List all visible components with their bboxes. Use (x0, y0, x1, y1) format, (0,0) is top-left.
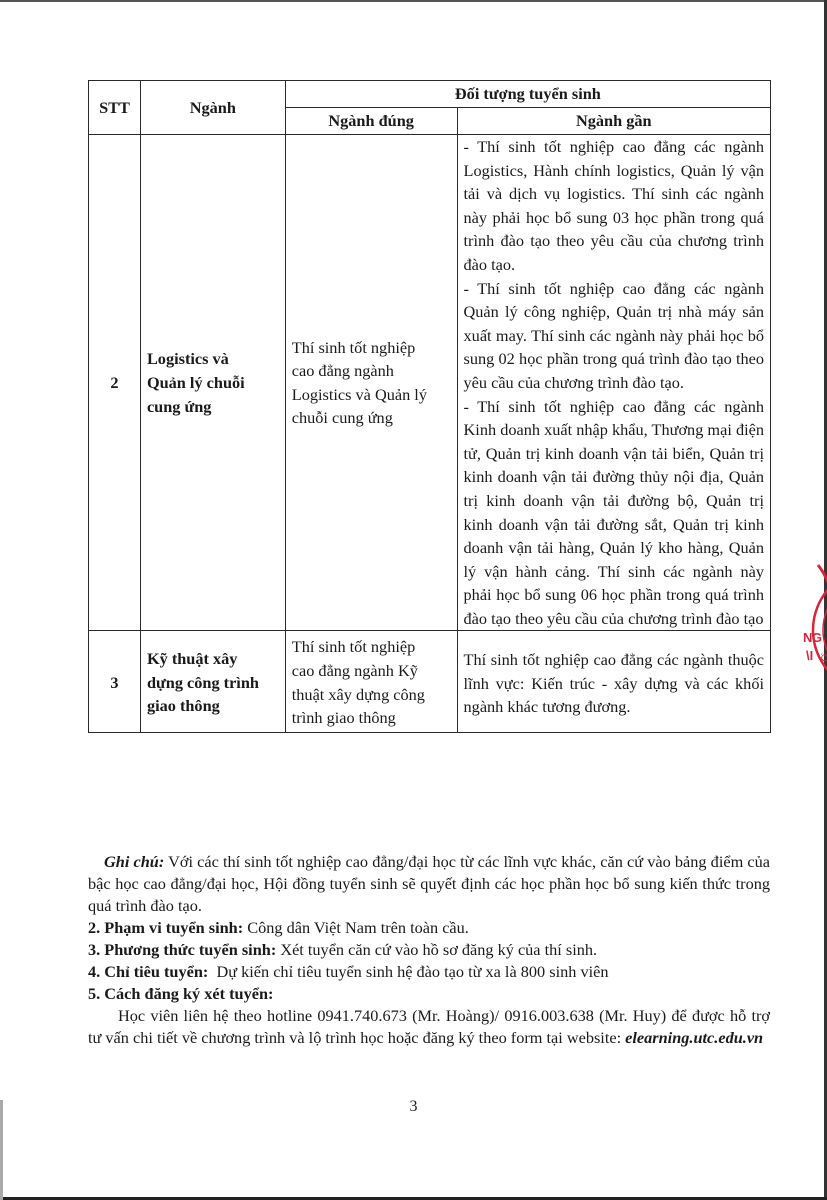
dung-line: Thí sinh tốt nghiệp (292, 336, 451, 360)
row-nganh-gan: - Thí sinh tốt nghiệp cao đẳng các ngành… (457, 135, 770, 631)
item-label: 4. Chỉ tiêu tuyển: (88, 962, 208, 981)
row-major: Logistics và Quản lý chuỗi cung ứng (140, 135, 285, 631)
major-line: dựng công trình (147, 671, 279, 695)
stamp-text: NG (803, 630, 822, 645)
row-nganh-dung: Thí sinh tốt nghiệp cao đẳng ngành Kỹ th… (285, 631, 457, 732)
major-line: Quản lý chuỗi (147, 371, 279, 395)
contact-paragraph: Học viên liên hệ theo hotline 0941.740.6… (88, 1005, 770, 1049)
gan-paragraph: - Thí sinh tốt nghiệp cao đẳng các ngành… (464, 277, 764, 395)
table-row: 3 Kỹ thuật xây dựng công trình giao thôn… (89, 631, 771, 732)
gan-paragraph: - Thí sinh tốt nghiệp cao đẳng các ngành… (464, 135, 764, 277)
item-cach-dang-ky: 5. Cách đăng ký xét tuyển: (88, 983, 770, 1005)
ghi-chu-text: Với các thí sinh tốt nghiệp cao đẳng/đại… (88, 852, 770, 915)
notes-section: Ghi chú: Với các thí sinh tốt nghiệp cao… (102, 851, 770, 1049)
item-text: Dự kiến chỉ tiêu tuyển sinh hệ đào tạo t… (208, 962, 608, 981)
table-header-row: STT Ngành Đối tượng tuyển sinh (89, 81, 771, 108)
table-row: 2 Logistics và Quản lý chuỗi cung ứng Th… (89, 135, 771, 631)
header-nganh-dung: Ngành đúng (285, 108, 457, 135)
row-stt: 3 (89, 631, 141, 732)
item-label: 3. Phương thức tuyển sinh: (88, 940, 276, 959)
dung-line: Logistics và Quản lý (292, 383, 451, 407)
row-nganh-gan: Thí sinh tốt nghiệp cao đẳng các ngành t… (457, 631, 770, 732)
item-text: Xét tuyển căn cứ vào hồ sơ đăng ký của t… (276, 940, 597, 959)
item-chi-tieu: 4. Chỉ tiêu tuyển: Dự kiến chỉ tiêu tuyể… (88, 961, 770, 983)
dung-line: cao đẳng ngành (292, 359, 451, 383)
dung-line: thuật xây dựng công (292, 683, 451, 707)
dung-line: cao đẳng ngành Kỹ (292, 659, 451, 683)
gan-paragraph: Thí sinh tốt nghiệp cao đẳng các ngành t… (464, 648, 764, 719)
page-number: 3 (0, 1098, 827, 1116)
header-doi-tuong: Đối tượng tuyển sinh (285, 81, 770, 108)
stamp-text: \I (806, 648, 813, 663)
major-line: Kỹ thuật xây (147, 647, 279, 671)
dung-line: trình giao thông (292, 706, 451, 730)
page-edge-top (0, 0, 827, 2)
dung-line: Thí sinh tốt nghiệp (292, 635, 451, 659)
website-link[interactable]: elearning.utc.edu.vn (625, 1028, 763, 1047)
header-nganh: Ngành (140, 81, 285, 135)
dung-line: chuỗi cung ứng (292, 406, 451, 430)
row-nganh-dung: Thí sinh tốt nghiệp cao đẳng ngành Logis… (285, 135, 457, 631)
item-label: 2. Phạm vi tuyển sinh: (88, 918, 243, 937)
header-nganh-gan: Ngành gần (457, 108, 770, 135)
major-line: cung ứng (147, 395, 279, 419)
major-line: Logistics và (147, 347, 279, 371)
item-text: Công dân Việt Nam trên toàn cầu. (243, 918, 469, 937)
row-stt: 2 (89, 135, 141, 631)
ghi-chu-label: Ghi chú: (104, 852, 164, 871)
admission-table: STT Ngành Đối tượng tuyển sinh Ngành đún… (88, 80, 771, 733)
major-line: giao thông (147, 694, 279, 718)
gan-paragraph: - Thí sinh tốt nghiệp cao đẳng các ngành… (464, 395, 764, 631)
item-label: 5. Cách đăng ký xét tuyển: (88, 984, 273, 1003)
row-major: Kỹ thuật xây dựng công trình giao thông (140, 631, 285, 732)
item-pham-vi: 2. Phạm vi tuyển sinh: Công dân Việt Nam… (88, 917, 770, 939)
header-stt: STT (89, 81, 141, 135)
ghi-chu-paragraph: Ghi chú: Với các thí sinh tốt nghiệp cao… (88, 851, 770, 917)
item-phuong-thuc: 3. Phương thức tuyển sinh: Xét tuyển căn… (88, 939, 770, 961)
